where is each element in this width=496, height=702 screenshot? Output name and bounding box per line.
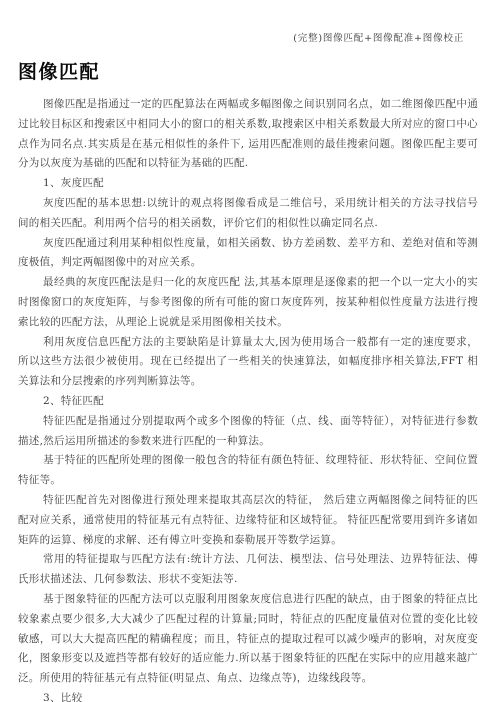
section-heading-gray: 1、灰度匹配 — [18, 174, 478, 194]
section-heading-compare: 3、比较 — [18, 689, 478, 702]
page-title: 图像匹配 — [18, 62, 478, 84]
paragraph: 常用的特征提取与匹配方法有:统计方法、几何法、模型法、信号处理法、边界特征法、傅… — [18, 550, 478, 590]
paragraph: 利用灰度信息匹配方法的主要缺陷是计算量太大,因为使用场合一般都有一定的速度要求，… — [18, 333, 478, 392]
document-header: (完整)图像匹配+图像配准+图像校正 — [18, 32, 478, 46]
section-heading-feature: 2、特征匹配 — [18, 392, 478, 412]
paragraph: 基于特征的匹配所处理的图像一般包含的特征有颜色特征、纹理特征、形状特征、空间位置… — [18, 451, 478, 491]
paragraph-intro: 图像匹配是指通过一定的匹配算法在两幅或多幅图像之间识别同名点，如二维图像匹配中通… — [18, 95, 478, 174]
paragraph: 灰度匹配通过利用某种相似性度量，如相关函数、协方差函数、差平方和、差绝对值和等测… — [18, 234, 478, 274]
document-page: (完整)图像匹配+图像配准+图像校正 图像匹配 图像匹配是指通过一定的匹配算法在… — [0, 0, 496, 702]
paragraph: 灰度匹配的基本思想:以统计的观点将图像看成是二维信号，采用统计相关的方法寻找信号… — [18, 194, 478, 234]
document-body: 图像匹配是指通过一定的匹配算法在两幅或多幅图像之间识别同名点，如二维图像匹配中通… — [18, 95, 478, 702]
paragraph: 特征匹配是指通过分别提取两个或多个图像的特征（点、线、面等特征），对特征进行参数… — [18, 412, 478, 452]
paragraph: 最经典的灰度匹配法是归一化的灰度匹配 法,其基本原理是逐像素的把一个以一定大小的… — [18, 273, 478, 332]
paragraph: 基于图象特征的匹配方法可以克服利用图象灰度信息进行匹配的缺点，由于图象的特征点比… — [18, 590, 478, 689]
paragraph: 特征匹配首先对图像进行预处理来提取其高层次的特征， 然后建立两幅图像之间特征的匹… — [18, 491, 478, 550]
